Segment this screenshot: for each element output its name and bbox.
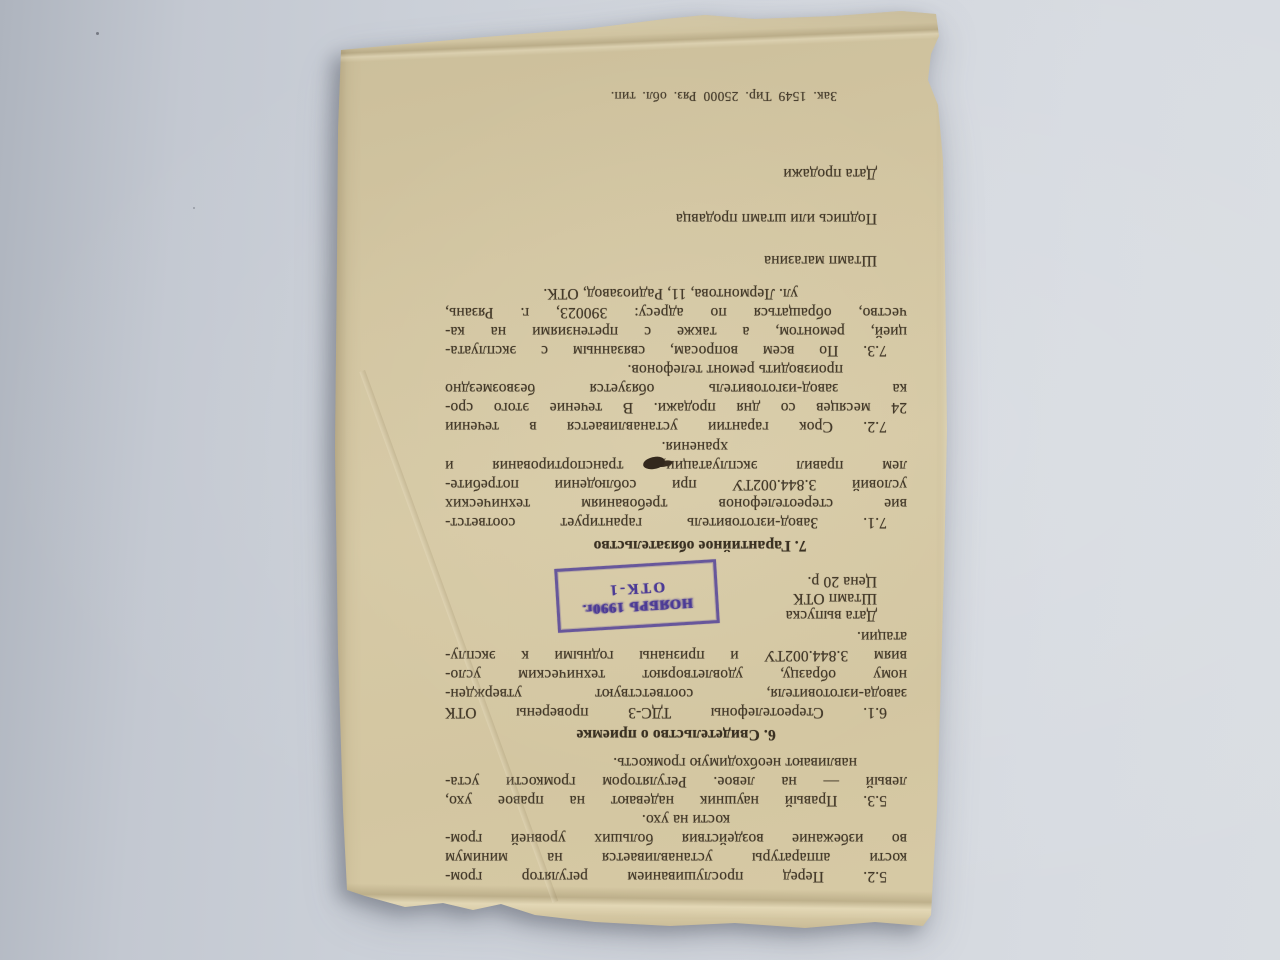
text-line: лем правил эксплуатации, транспортирован… bbox=[445, 456, 907, 475]
heading-7: 7. Гарантийное обязательство bbox=[445, 536, 907, 555]
text-line: цией, ремонтом, а также с претензиями на… bbox=[445, 322, 907, 341]
text-line: ному образцу, удовлетворяют техническим … bbox=[445, 665, 907, 684]
label-shop-stamp: Штамп магазина bbox=[445, 251, 877, 270]
stamp-month-line: НОЯБРЬ 1990г. bbox=[582, 594, 694, 617]
label-seller-sign: Подпись или штамп продавца bbox=[445, 209, 877, 228]
dust-speck bbox=[96, 32, 99, 35]
text-line: 24 месяцев со дня продажи. В течение это… bbox=[445, 398, 907, 417]
text-line: хранения. bbox=[445, 437, 728, 456]
text-line: виям 3.844.002ТУ и признаны годными к эк… bbox=[445, 646, 907, 665]
text-line: во избежание воздействия больших уровней… bbox=[445, 829, 907, 848]
text-line: производить ремонт телефонов. bbox=[445, 360, 843, 379]
text-line: 5.2. Перед прослушиванием регулятор гром… bbox=[445, 867, 887, 886]
text-line: условий 3.844.002ТУ при соблюдении потре… bbox=[445, 475, 907, 494]
text-line: навливают необходимую громкость. bbox=[445, 753, 857, 772]
imprint: Зак. 1549 Тир. 25000 Ряз. обл. тип. bbox=[445, 87, 837, 106]
text-line: чество, обращаться по адресу: 390023, г.… bbox=[445, 303, 907, 322]
heading-6: 6. Свидетельство о приемке bbox=[445, 725, 907, 744]
otk-date-stamp: НОЯБРЬ 1990г. ОТК-1 bbox=[554, 559, 720, 633]
stamp-otk-line: ОТК-1 bbox=[607, 577, 665, 597]
dust-speck bbox=[193, 207, 195, 209]
para-7-3: 7.3. По всем вопросам, связанным с экспл… bbox=[445, 284, 907, 360]
para-6-1: 6.1. Стереотелефоны ТДС-3 проверены ОТКз… bbox=[445, 627, 907, 722]
page-content: 5.2. Перед прослушиванием регулятор гром… bbox=[335, 87, 947, 932]
text-line: кости на ухо. bbox=[445, 810, 730, 829]
text-line: завода-изготовителя, соответствуют утвер… bbox=[445, 684, 907, 703]
label-sale-date: Дата продажи bbox=[445, 164, 877, 183]
text-line: левый — на левое. Регулятором громкости … bbox=[445, 772, 907, 791]
text-line: 5.3. Правый наушник надевают на правое у… bbox=[445, 791, 887, 810]
photo-background: 5.2. Перед прослушиванием регулятор гром… bbox=[0, 0, 1280, 960]
para-7-1: 7.1. Завод-изготовитель гарантирует соот… bbox=[445, 437, 907, 532]
paper-sheet: 5.2. Перед прослушиванием регулятор гром… bbox=[335, 10, 947, 932]
text-line: ул. Лермонтова, 11, Радиозавод, ОТК. bbox=[445, 284, 798, 303]
document-page: 5.2. Перед прослушиванием регулятор гром… bbox=[335, 10, 947, 932]
text-line: 7.2. Срок гарантии устанавливается в теч… bbox=[445, 417, 887, 436]
text-line: атации. bbox=[445, 627, 907, 646]
text-line: 6.1. Стереотелефоны ТДС-3 проверены ОТК bbox=[445, 703, 887, 722]
text-line: 7.1. Завод-изготовитель гарантирует соот… bbox=[445, 513, 887, 532]
text-line: ка завод-изготовитель обязуется безвозме… bbox=[445, 379, 907, 398]
text-line: вие стереотелефонов требованиям техничес… bbox=[445, 494, 907, 513]
text-line: 7.3. По всем вопросам, связанным с экспл… bbox=[445, 341, 887, 360]
para-7-2: 7.2. Срок гарантии устанавливается в теч… bbox=[445, 360, 907, 436]
para-5-3: 5.3. Правый наушник надевают на правое у… bbox=[445, 753, 907, 810]
text-line: кости аппаратуры устанавливается на мини… bbox=[445, 848, 907, 867]
paper-surface: 5.2. Перед прослушиванием регулятор гром… bbox=[335, 10, 947, 932]
para-5-2: 5.2. Перед прослушиванием регулятор гром… bbox=[445, 810, 907, 886]
